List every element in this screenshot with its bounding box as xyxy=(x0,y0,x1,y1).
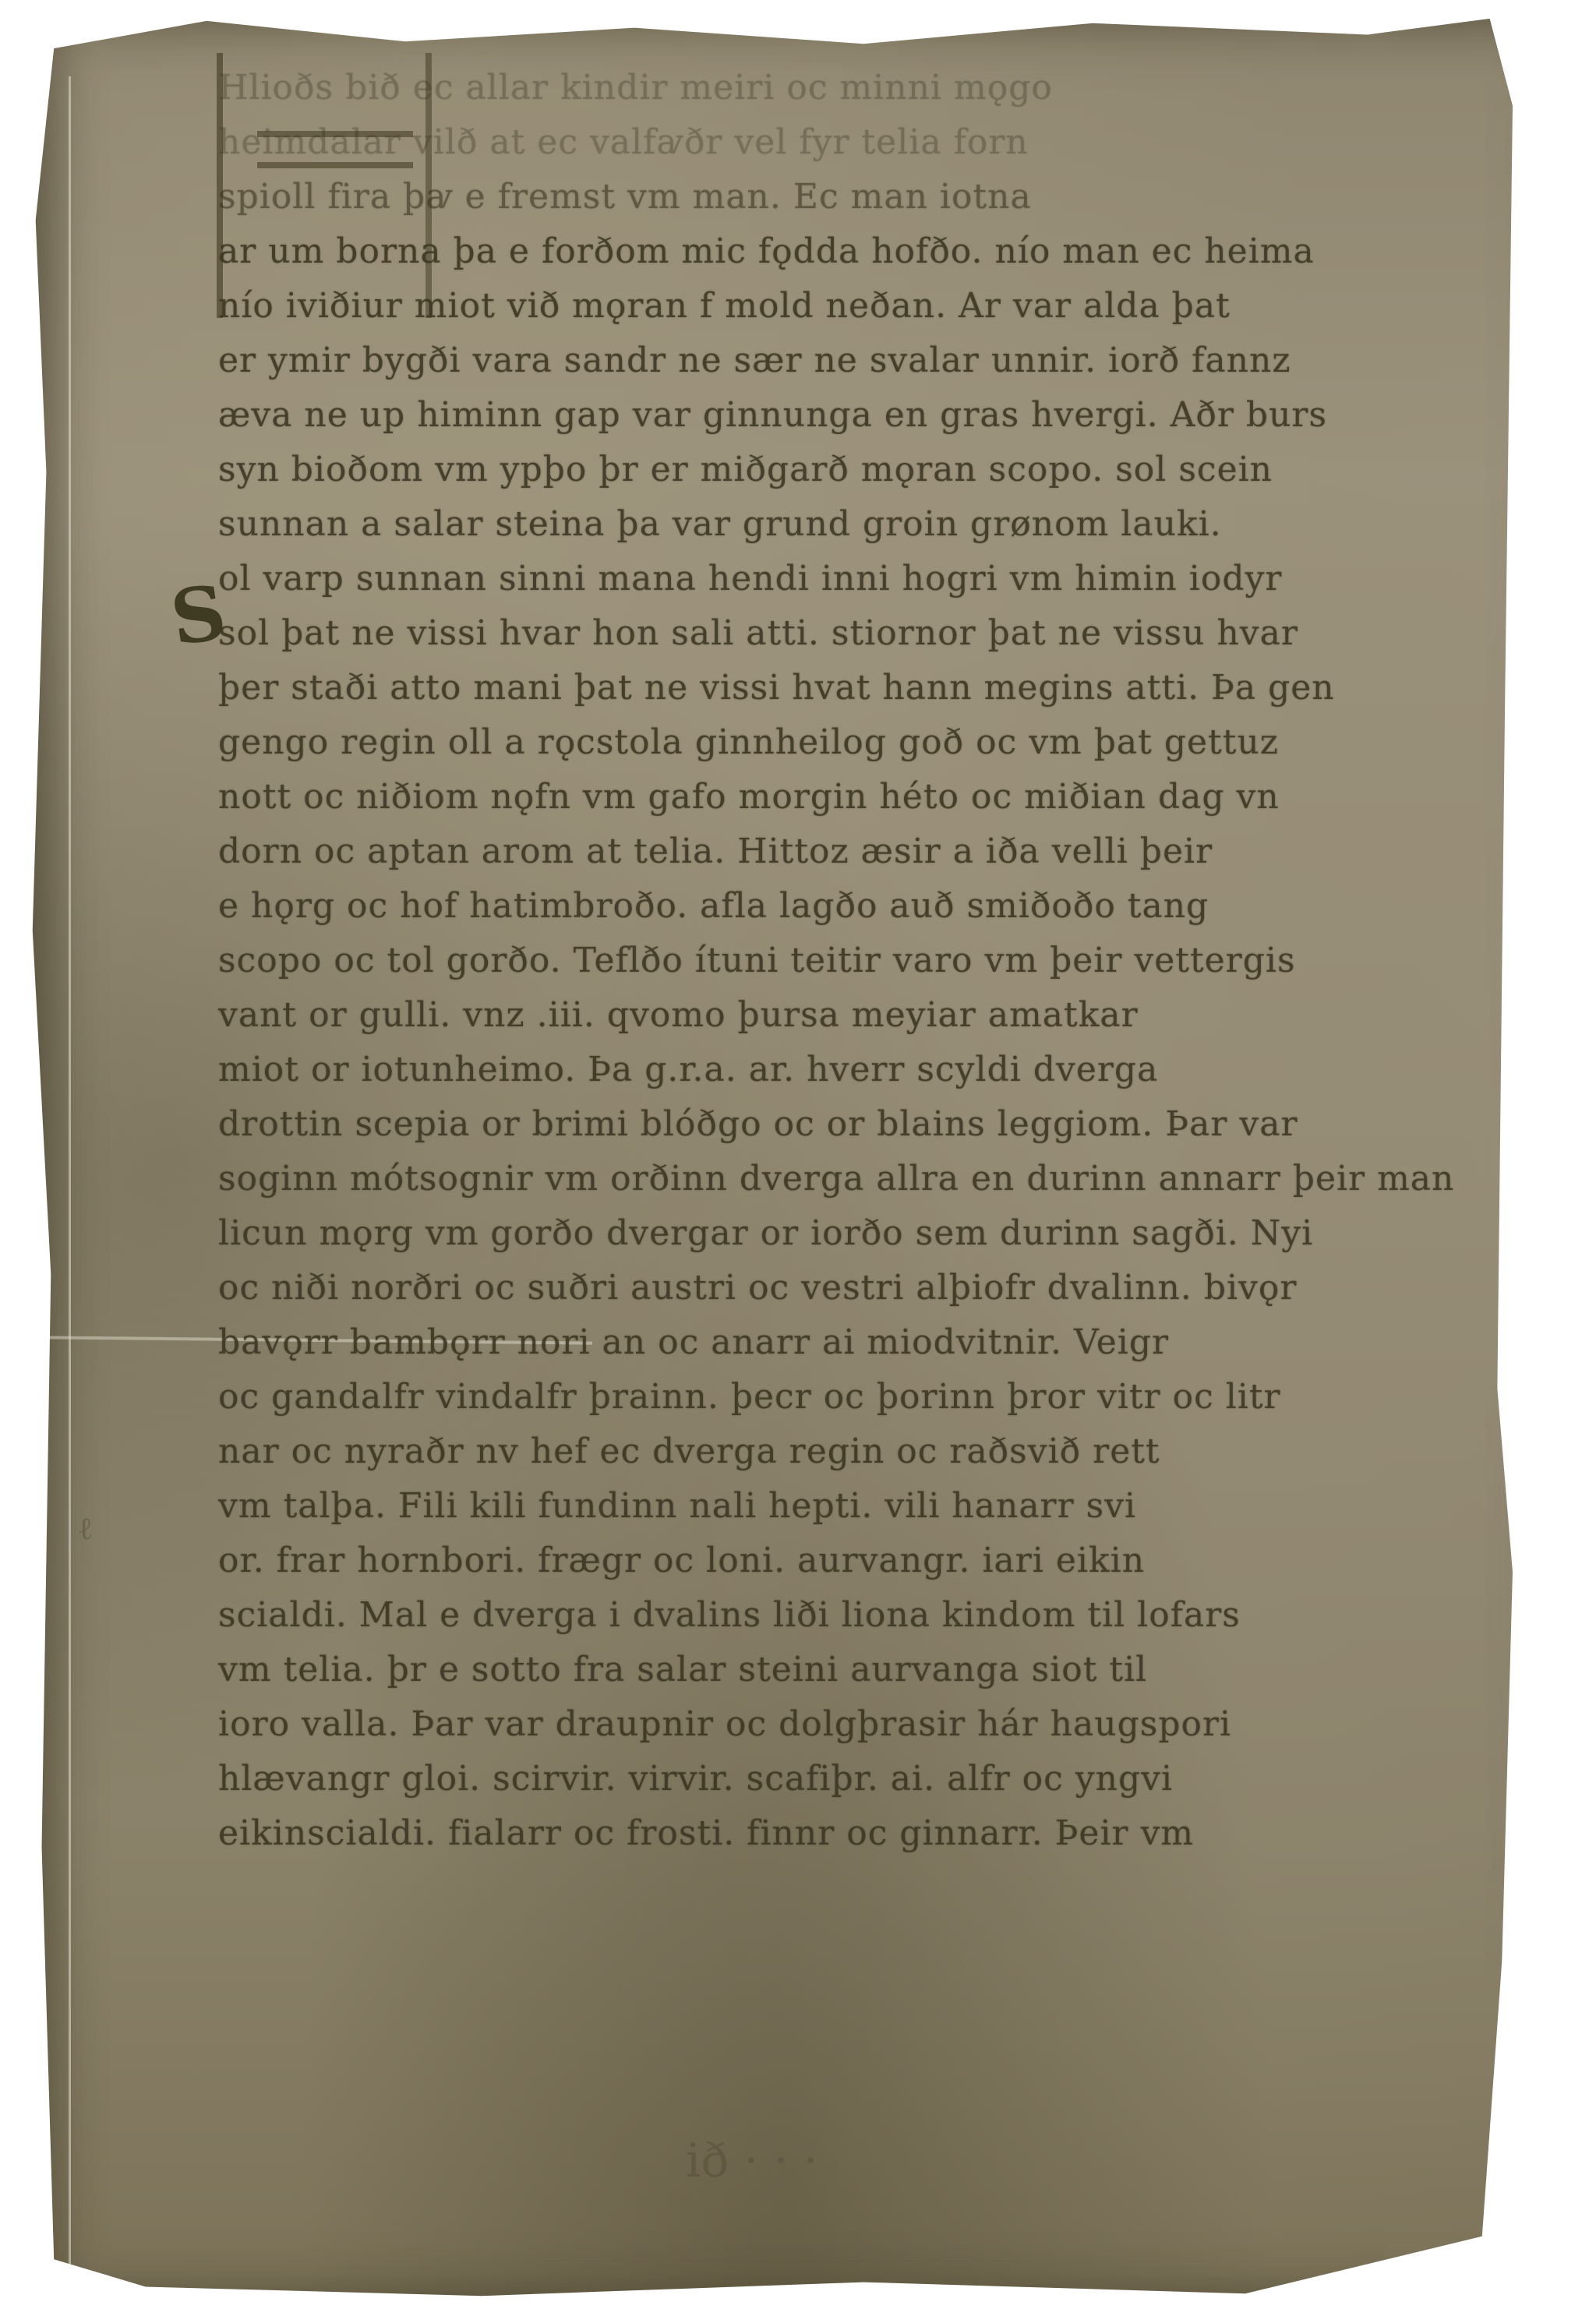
ms-line-25: oc gandalfr vindalfr þrainn. þecr oc þor… xyxy=(218,1370,1481,1425)
ms-line-21: soginn mótsognir vm orðinn dverga allra … xyxy=(218,1152,1481,1206)
ms-line-22: licun mǫrg vm gorðo dvergar or iorðo sem… xyxy=(218,1206,1481,1261)
ms-line-28: or. frar hornbori. frægr oc loni. aurvan… xyxy=(218,1534,1481,1588)
ms-line-6: er ymir bygði vara sandr ne sær ne svala… xyxy=(218,334,1481,388)
ms-line-3: spioll fira þꜹ e fremst vm man. Ec man i… xyxy=(218,170,1481,224)
manuscript-leaf: S Hlioðs bið ec allar kindir meiri oc mi… xyxy=(23,14,1551,2305)
ms-line-12: þer staði atto mani þat ne vissi hvat ha… xyxy=(218,661,1481,715)
ms-line-10: ol varp sunnan sinni mana hendi inni hog… xyxy=(218,552,1481,606)
ms-line-8: syn bioðom vm ypþo þr er miðgarð mǫran s… xyxy=(218,443,1481,497)
binding-edge xyxy=(69,76,71,2289)
ms-line-19: miot or iotunheimo. Þa g.r.a. ar. hverr … xyxy=(218,1043,1481,1097)
margin-note: ℓ xyxy=(78,1510,93,1547)
ms-line-30: vm telia. þr e sotto fra salar steini au… xyxy=(218,1643,1481,1697)
ms-line-20: drottin scepia or brimi blóðgo oc or bla… xyxy=(218,1097,1481,1152)
ms-line-15: dorn oc aptan arom at telia. Hittoz æsir… xyxy=(218,824,1481,879)
ms-line-14: nott oc niðiom nǫfn vm gafo morgin héto … xyxy=(218,770,1481,824)
ms-line-24: bavǫrr bambǫrr nori an oc anarr ai miodv… xyxy=(218,1315,1481,1370)
ms-line-13: gengo regin oll a rǫcstola ginnheilog go… xyxy=(218,715,1481,770)
ms-line-18: vant or gulli. vnz .iii. q‍vomo þursa me… xyxy=(218,988,1481,1043)
ms-line-32: hlævangr gloi. scirvir. virvir. scafiþr.… xyxy=(218,1752,1481,1806)
bottom-faint-text: ið · · · xyxy=(686,2134,818,2188)
ms-line-4: ar um borna þa e forðom mic fǫdda hofðo.… xyxy=(218,224,1481,279)
manuscript-text-block: Hlioðs bið ec allar kindir meiri oc minn… xyxy=(218,61,1481,1861)
ms-line-29: scialdi. Mal e dverga i dvalins liði lio… xyxy=(218,1588,1481,1643)
ms-line-33: eikinscialdi. fialarr oc frosti. finnr o… xyxy=(218,1806,1481,1861)
ms-line-1: Hlioðs bið ec allar kindir meiri oc minn… xyxy=(218,61,1481,115)
ms-line-2: heimdalar vilð at ec valfꜹðr vel fyr tel… xyxy=(218,115,1481,170)
ms-line-23: oc niði norðri oc suðri austri oc vestri… xyxy=(218,1261,1481,1315)
ms-line-5: nío iviðiur miot við mǫran f mold neðan.… xyxy=(218,279,1481,334)
ms-line-11: sol þat ne vissi hvar hon sali atti. sti… xyxy=(218,606,1481,661)
ms-line-9: sunnan a salar steina þa var grund groin… xyxy=(218,497,1481,552)
ms-line-16: e hǫrg oc hof hatimbroðo. afla lagðo auð… xyxy=(218,879,1481,934)
ms-line-26: nar oc nyraðr nv hef ec dverga regin oc … xyxy=(218,1425,1481,1479)
ms-line-7: æva ne up himinn gap var ginnunga en gra… xyxy=(218,388,1481,443)
ms-line-31: ioro valla. Þar var draupnir oc dolgþras… xyxy=(218,1697,1481,1752)
ms-line-17: scopo oc tol gorðo. Teflðo ítuni teitir … xyxy=(218,934,1481,988)
ms-line-27: vm talþa. Fili kili fundinn nali hepti. … xyxy=(218,1479,1481,1534)
